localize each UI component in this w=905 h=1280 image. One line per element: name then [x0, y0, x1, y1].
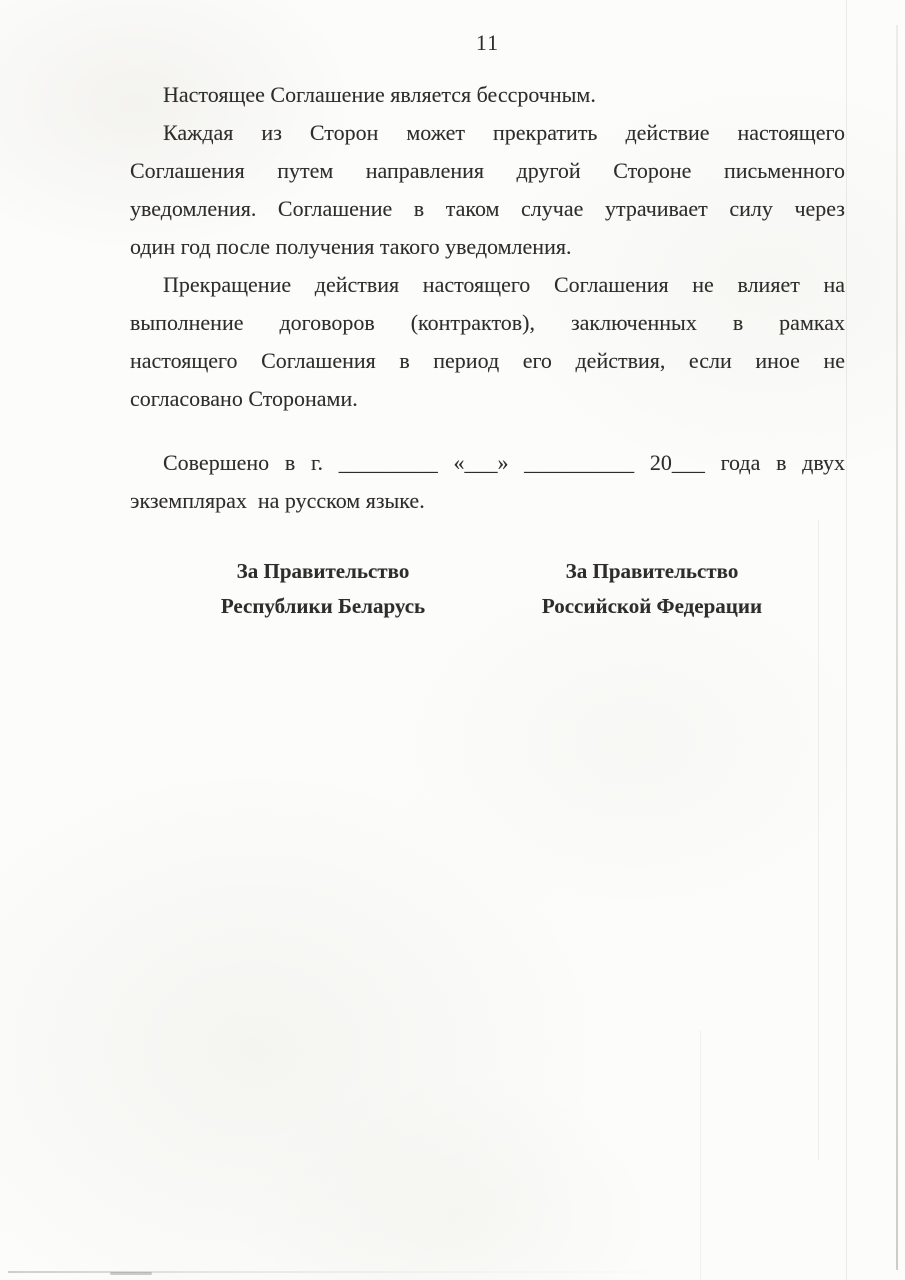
signature-line-russia-2: Российской Федерации [532, 589, 772, 624]
document-line: согласовано Сторонами. [130, 380, 845, 418]
document-line: Настоящее Соглашение является бессрочным… [130, 76, 845, 114]
document-line: Прекращение действия настоящего Соглашен… [130, 266, 845, 304]
document-line: выполнение договоров (контрактов), заклю… [130, 304, 845, 342]
signature-line-belarus-1: За Правительство [203, 554, 443, 589]
document-line: один год после получения такого уведомле… [130, 228, 845, 266]
document-line: настоящего Соглашения в период его дейст… [130, 342, 845, 380]
scan-bottom-edge-line [8, 1271, 698, 1273]
body-text: Настоящее Соглашение является бессрочным… [130, 76, 845, 418]
signature-block-russia: За Правительство Российской Федерации [532, 554, 772, 624]
signature-line-belarus-2: Республики Беларусь [203, 589, 443, 624]
document-line: уведомления. Соглашение в таком случае у… [130, 190, 845, 228]
document-line: Соглашения путем направления другой Стор… [130, 152, 845, 190]
document-line: Каждая из Сторон может прекратить действ… [130, 114, 845, 152]
scan-right-edge-line [896, 25, 898, 1270]
signature-line-russia-1: За Правительство [532, 554, 772, 589]
scan-crease-line [818, 520, 819, 1160]
scanned-document-page: 11 Настоящее Соглашение является бессроч… [0, 0, 905, 1280]
document-line: экземплярах на русском языке. [130, 482, 845, 520]
document-line: Совершено в г. _________ «___» _________… [130, 444, 845, 482]
scan-bottom-smudge [110, 1272, 152, 1275]
signature-block-belarus: За Правительство Республики Беларусь [203, 554, 443, 624]
scan-crease-line [846, 0, 847, 1280]
scan-crease-line [700, 1030, 701, 1280]
closing-text: Совершено в г. _________ «___» _________… [130, 444, 845, 520]
page-number: 11 [130, 24, 845, 62]
